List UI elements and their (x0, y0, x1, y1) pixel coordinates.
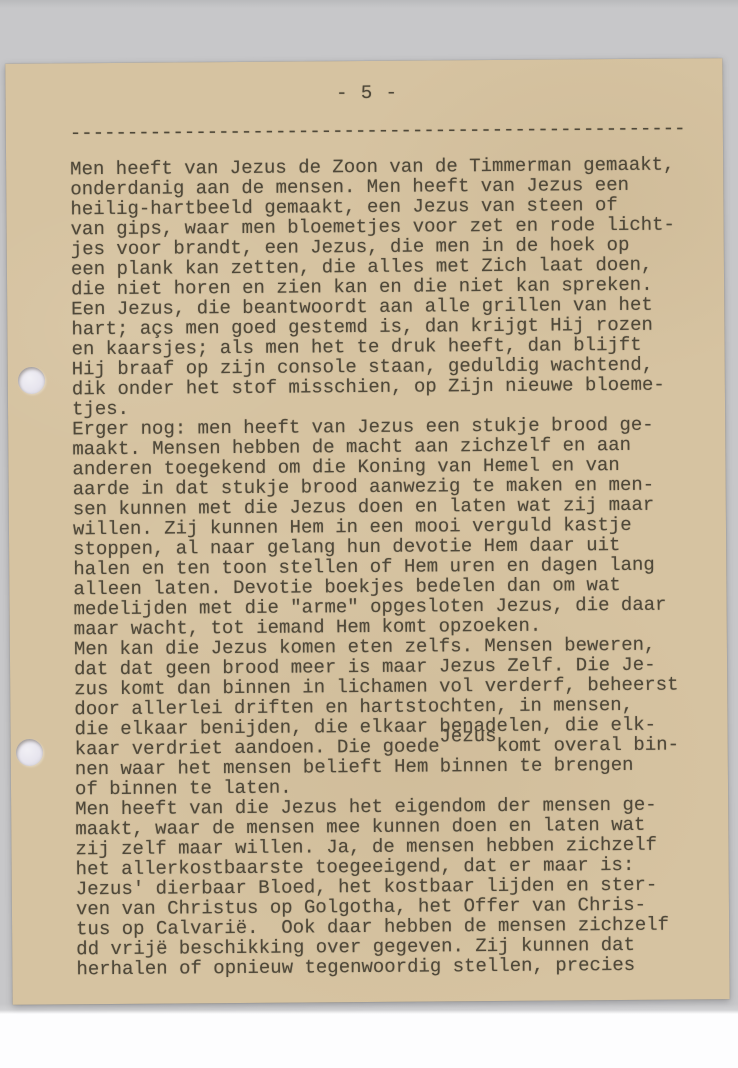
page-content: - 5 - ----------------------------------… (5, 58, 729, 1005)
punch-hole-bottom (16, 739, 43, 766)
document-page: - 5 - ----------------------------------… (5, 58, 729, 1005)
page-number: - 5 - (69, 80, 722, 105)
scan-background: - 5 - ----------------------------------… (0, 0, 738, 1068)
dashed-divider: ----------------------------------------… (70, 118, 723, 143)
text-line: dik onder het stof misschien, op Zijn ni… (72, 374, 725, 399)
text-block: Men heeft van Jezus de Zoon van de Timme… (70, 154, 729, 979)
inserted-word-above-line: Jezus (439, 726, 496, 746)
text-line: nen waar het mensen belieft Hem binnen t… (75, 754, 728, 779)
punch-hole-top (18, 367, 45, 394)
text-line: herhalen of opnieuw tegenwoordig stellen… (76, 954, 729, 979)
